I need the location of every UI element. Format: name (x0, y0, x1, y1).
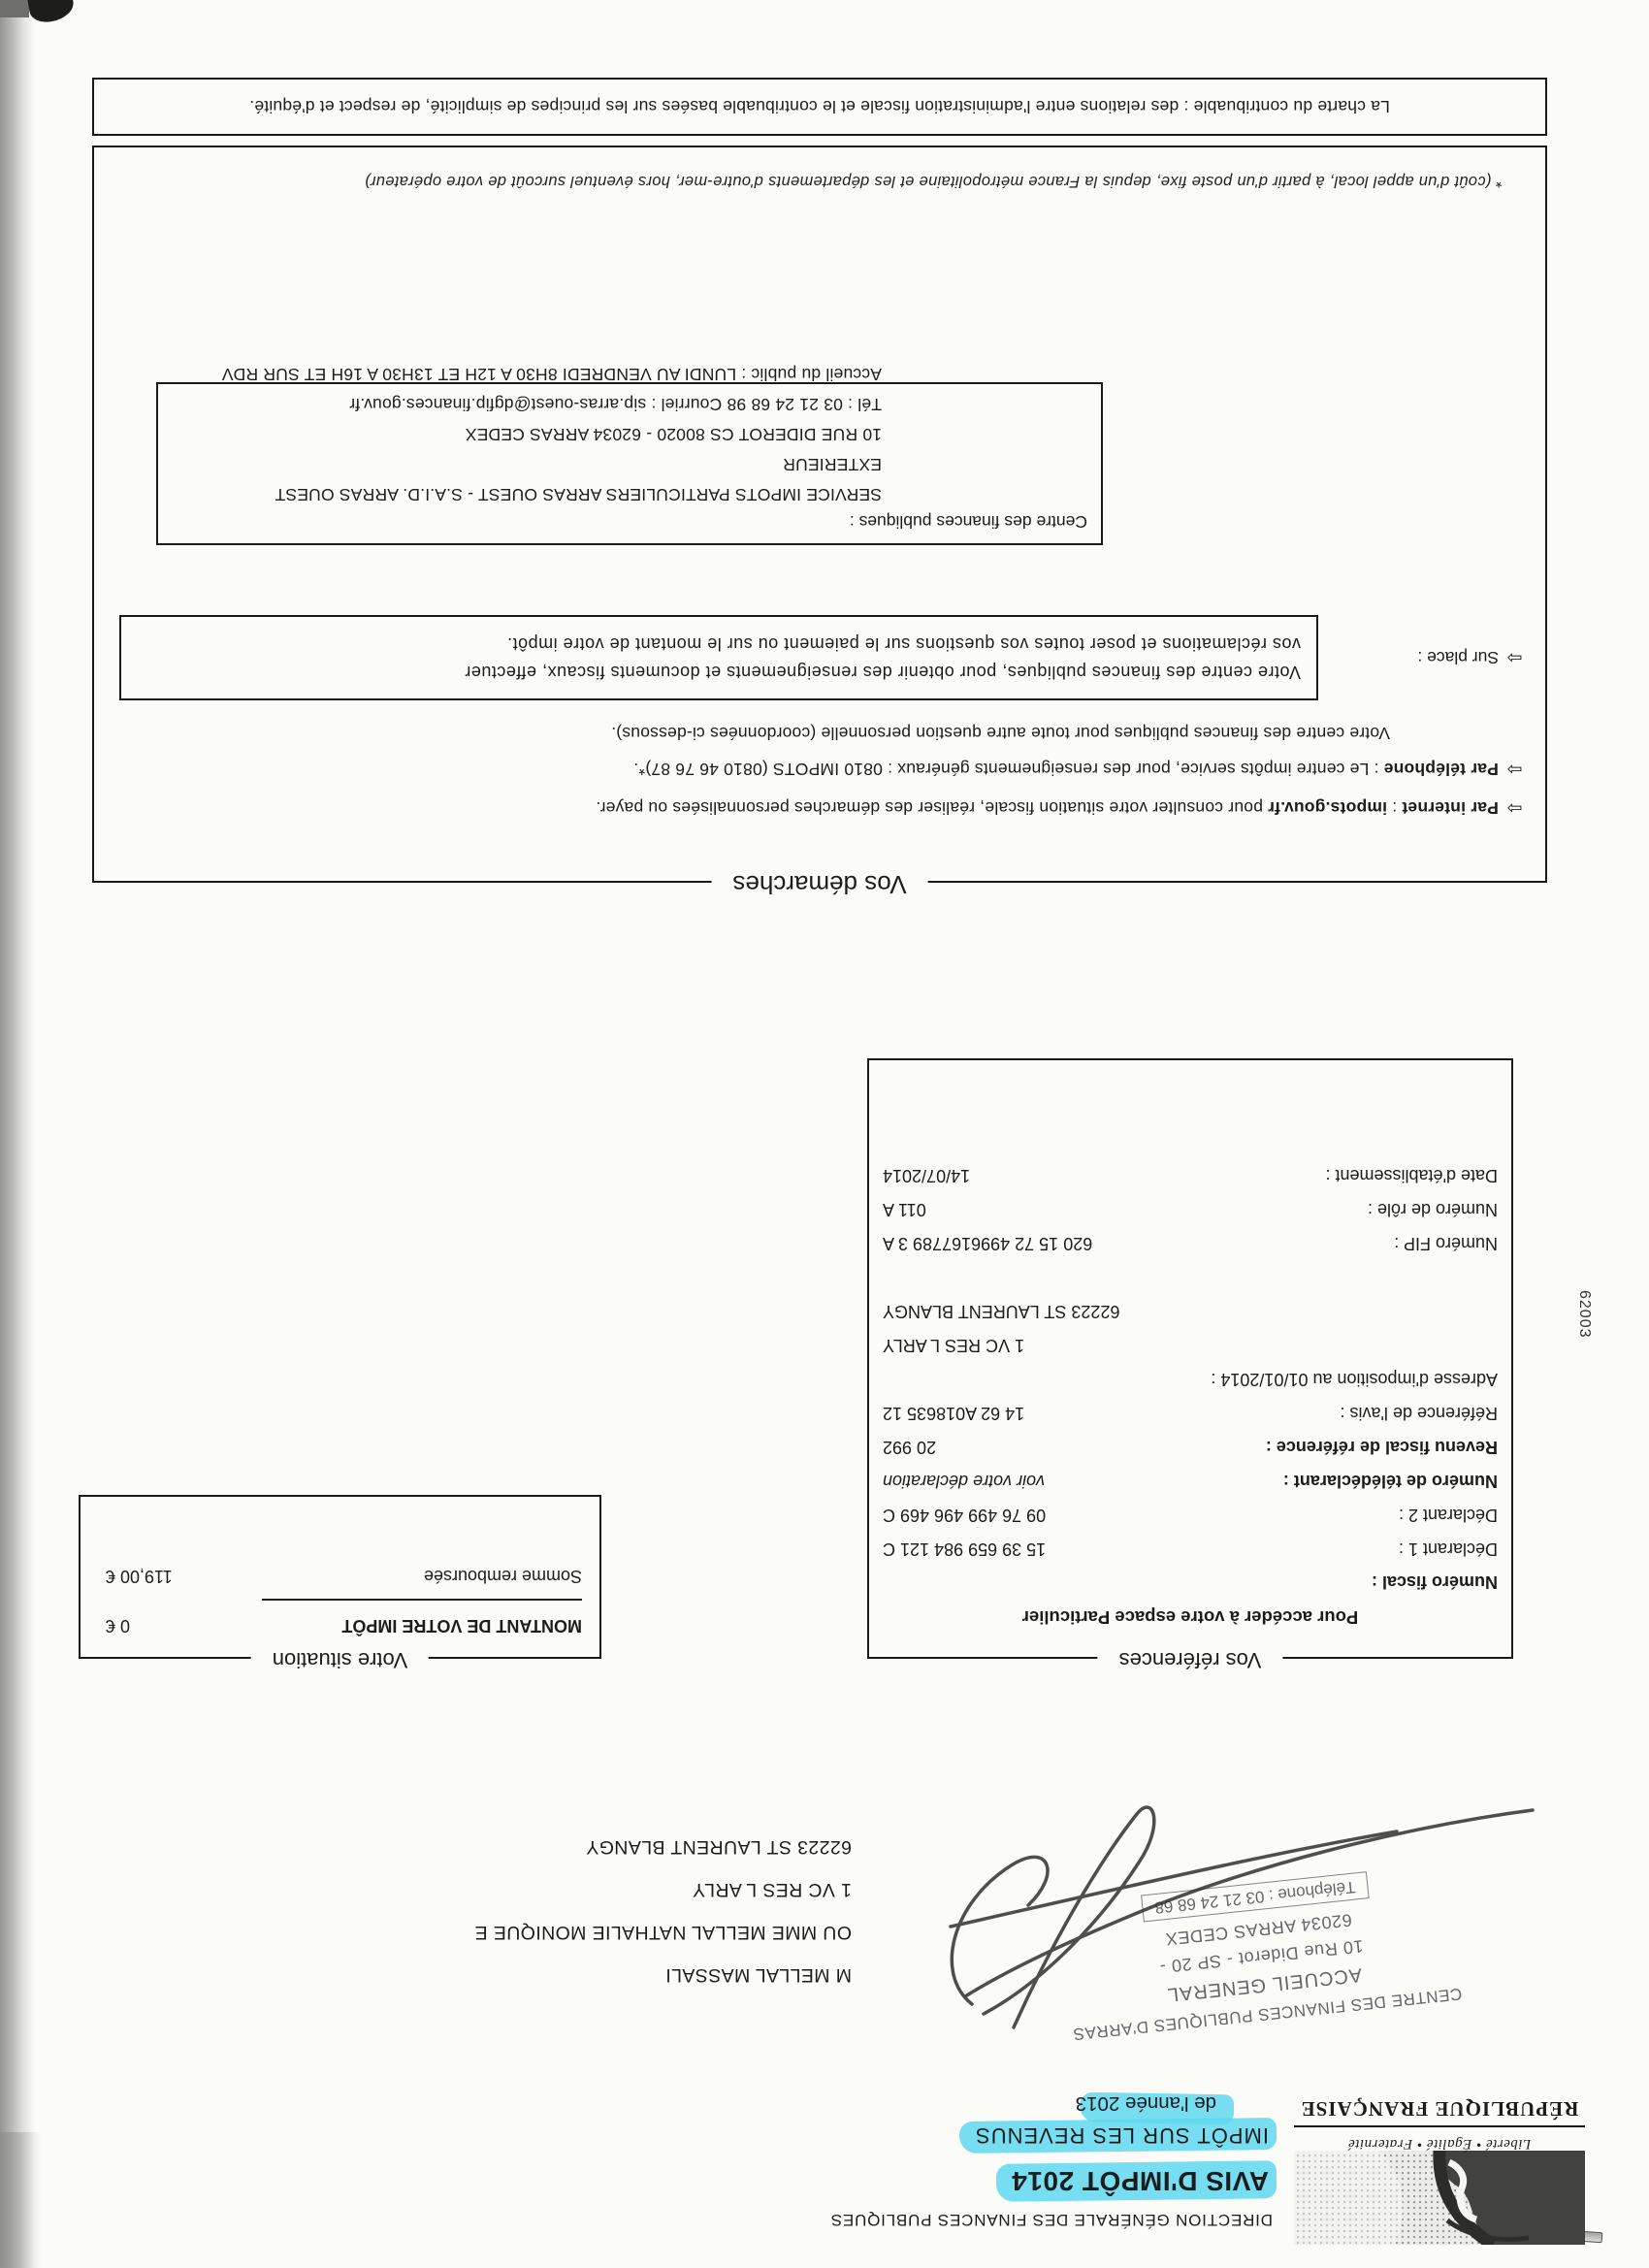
handwritten-signature (921, 1764, 1562, 2064)
scan-corner-shadow (0, 0, 29, 17)
centre-heading: Centre des finances publiques : (172, 511, 1087, 532)
centre-details: SERVICE IMPOTS PARTICULIERS ARRAS OUEST … (172, 359, 882, 509)
numero-fiscal-label: Numéro fiscal : (869, 1571, 1498, 1592)
recipient-name2: OU MME MELLAL NATHALIE MONIQUE E (474, 1911, 852, 1954)
reference-row: Numéro de télédéclarant :voir votre décl… (869, 1464, 1511, 1498)
situation-divider (262, 1599, 582, 1601)
recipient-name: M MELLAL MASSALI (474, 1954, 852, 1996)
centre-hours-line: Accueil du public : LUNDI AU VENDREDI 8H… (172, 359, 882, 389)
centre-extra-line: Votre centre des finances publiques pour… (611, 723, 1390, 743)
situation-box: Votre situation MONTANT DE VOTRE IMPÔT 0… (79, 1495, 601, 1659)
motto-rule (1294, 2125, 1585, 2127)
somme-remboursee-row: Somme remboursée 119,00 € (81, 1566, 599, 1586)
republique-francaise: RÉPUBLIQUE FRANÇAISE (1269, 2096, 1610, 2121)
par-internet-row: ⇨Par internet : impots.gouv.fr pour cons… (596, 797, 1522, 819)
reference-row: Adresse d'imposition au 01/01/2014 : (869, 1362, 1511, 1396)
montant-impot-row: MONTANT DE VOTRE IMPÔT 0 € (81, 1615, 599, 1636)
impot-revenus-subtitle: IMPÔT SUR LES REVENUS (975, 2122, 1269, 2148)
right-arrow-icon: ⇨ (1506, 759, 1522, 780)
centre-address-line: 10 RUE DIDEROT CS 80020 - 62034 ARRAS CE… (172, 419, 882, 449)
scanned-tax-notice: Liberté • Égalité • Fraternité RÉPUBLIQU… (0, 0, 1649, 2268)
centre-contact-line: Tél : 03 21 24 68 98 Courriel : sip.arra… (172, 389, 882, 419)
reference-row: Référence de l'avis :14 62 A018635 12 (869, 1396, 1511, 1430)
references-title: Vos références (1098, 1647, 1283, 1672)
recipient-address: M MELLAL MASSALI OU MME MELLAL NATHALIE … (474, 1826, 852, 1996)
scan-bottom-smudge (0, 2132, 41, 2268)
charte-banner: La charte du contribuable : des relation… (92, 78, 1547, 136)
reference-row: Déclarant 1 :15 39 659 984 121 C (869, 1532, 1511, 1566)
reference-row: Déclarant 2 :09 76 499 496 469 C (869, 1498, 1511, 1532)
right-arrow-icon: ⇨ (1506, 797, 1522, 819)
sur-place-box: Votre centre des finances publiques, pou… (119, 615, 1318, 700)
republique-motto: Liberté • Égalité • Fraternité (1284, 2135, 1595, 2152)
right-arrow-icon: ⇨ (1506, 647, 1522, 668)
reference-row: Date d'établissement :14/07/2014 (869, 1158, 1511, 1192)
reference-row: 1 VC RES L ARLY (869, 1328, 1511, 1362)
recipient-street: 1 VC RES L ARLY (474, 1868, 852, 1911)
centre-service-line: SERVICE IMPOTS PARTICULIERS ARRAS OUEST … (172, 449, 882, 509)
sur-place-line: vos réclamations et poser toutes vos que… (137, 630, 1301, 658)
scan-edge-band (0, 0, 35, 2268)
demarches-title: Vos démarches (711, 869, 927, 899)
sur-place-line: Votre centre des finances publiques, pou… (137, 658, 1301, 686)
call-cost-footnote: * (coût d'un appel local, à partir d'un … (365, 172, 1503, 190)
year-line: de l'année 2013 (1076, 2091, 1216, 2115)
situation-title: Votre situation (251, 1647, 429, 1672)
marianne-logo (1294, 2151, 1585, 2245)
reference-row: Numéro de rôle :011 A (869, 1192, 1511, 1226)
form-number: 62003 (1575, 1290, 1593, 1339)
recipient-city: 62223 ST LAURENT BLANGY (474, 1826, 852, 1868)
direction-generale-title: DIRECTION GÉNÉRALE DES FINANCES PUBLIQUE… (830, 2210, 1273, 2229)
rotated-page: Liberté • Égalité • Fraternité RÉPUBLIQU… (0, 0, 1649, 2268)
reference-row: Numéro FIP :620 15 72 4996167789 3 A (869, 1226, 1511, 1260)
avis-impot-title: AVIS D'IMPÔT 2014 (1012, 2165, 1269, 2196)
sur-place-row: ⇨Sur place : Votre centre des finances p… (119, 615, 1522, 700)
reference-row: Revenu fiscal de référence :20 992 (869, 1430, 1511, 1464)
par-telephone-row: ⇨Par téléphone : Le centre impôts servic… (633, 759, 1522, 780)
espace-particulier-line: Pour accéder à votre espace Particulier (869, 1606, 1511, 1628)
centre-finances-box: Centre des finances publiques : SERVICE … (156, 382, 1103, 545)
reference-row: 62223 ST LAURENT BLANGY (869, 1294, 1511, 1328)
references-box: Vos références Pour accéder à votre espa… (867, 1058, 1513, 1659)
sur-place-label: ⇨Sur place : (1318, 647, 1522, 668)
demarches-box: Vos démarches ⇨Par internet : impots.gou… (92, 146, 1547, 883)
